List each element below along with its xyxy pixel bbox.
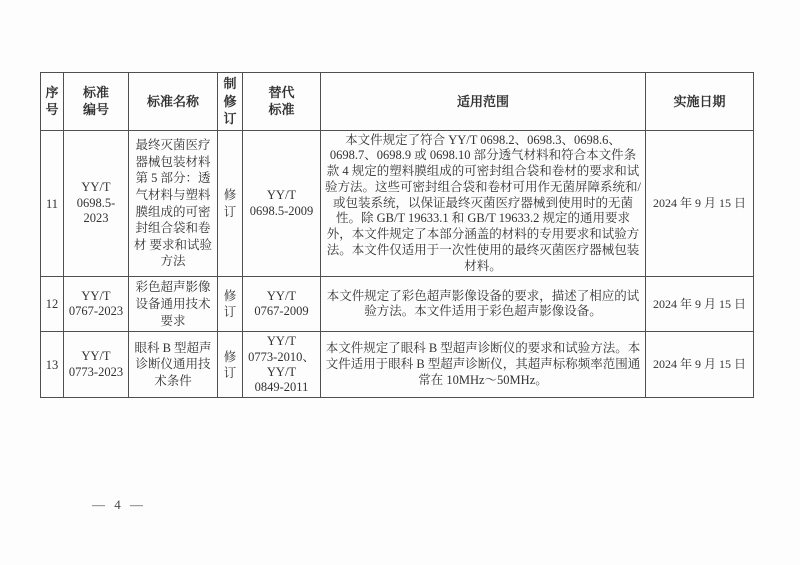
header-cell-index: 序 号 bbox=[41, 73, 64, 131]
cell-scope: 本文件规定了眼科 B 型超声诊断仪的要求和试验方法。本文件适用于眼科 B 型超声… bbox=[321, 332, 646, 398]
table-row: 12 YY/T 0767-2023 彩色超声影像设备通用技术要求 修订 YY/T… bbox=[41, 277, 754, 332]
table-header-row: 序 号 标准 编号 标准名称 制 修 订 替代 标准 适用范围 实施日期 bbox=[41, 73, 754, 131]
header-cell-scope: 适用范围 bbox=[321, 73, 646, 131]
cell-implementation-date: 2024 年 9 月 15 日 bbox=[646, 130, 754, 277]
cell-standard-name: 最终灭菌医疗器械包装材料第 5 部分：透气材料与塑料膜组成的可密封组合袋和卷材 … bbox=[129, 130, 218, 277]
standards-table-container: 序 号 标准 编号 标准名称 制 修 订 替代 标准 适用范围 实施日期 11 … bbox=[40, 72, 753, 398]
header-cell-implementation-date: 实施日期 bbox=[646, 73, 754, 131]
page-number: — 4 — bbox=[92, 497, 146, 513]
cell-revision-type: 修订 bbox=[218, 277, 243, 332]
cell-index: 12 bbox=[41, 277, 64, 332]
cell-revision-type: 修订 bbox=[218, 130, 243, 277]
cell-standard-no: YY/T 0767-2023 bbox=[64, 277, 129, 332]
cell-replaced-standard: YY/T 0767-2009 bbox=[243, 277, 321, 332]
cell-standard-no: YY/T 0698.5-2023 bbox=[64, 130, 129, 277]
cell-standard-name: 眼科 B 型超声诊断仪通用技术条件 bbox=[129, 332, 218, 398]
cell-scope: 本文件规定了彩色超声影像设备的要求，描述了相应的试验方法。本文件适用于彩色超声影… bbox=[321, 277, 646, 332]
cell-scope: 本文件规定了符合 YY/T 0698.2、0698.3、0698.6、0698.… bbox=[321, 130, 646, 277]
cell-index: 13 bbox=[41, 332, 64, 398]
document-page: 序 号 标准 编号 标准名称 制 修 订 替代 标准 适用范围 实施日期 11 … bbox=[0, 0, 800, 565]
cell-index: 11 bbox=[41, 130, 64, 277]
cell-standard-name: 彩色超声影像设备通用技术要求 bbox=[129, 277, 218, 332]
cell-standard-no: YY/T 0773-2023 bbox=[64, 332, 129, 398]
header-cell-replaced-standard: 替代 标准 bbox=[243, 73, 321, 131]
standards-table: 序 号 标准 编号 标准名称 制 修 订 替代 标准 适用范围 实施日期 11 … bbox=[40, 72, 754, 398]
header-cell-standard-no: 标准 编号 bbox=[64, 73, 129, 131]
cell-implementation-date: 2024 年 9 月 15 日 bbox=[646, 332, 754, 398]
header-cell-standard-name: 标准名称 bbox=[129, 73, 218, 131]
header-cell-revision-type: 制 修 订 bbox=[218, 73, 243, 131]
cell-replaced-standard: YY/T 0698.5-2009 bbox=[243, 130, 321, 277]
cell-replaced-standard: YY/T 0773-2010、 YY/T 0849-2011 bbox=[243, 332, 321, 398]
table-row: 11 YY/T 0698.5-2023 最终灭菌医疗器械包装材料第 5 部分：透… bbox=[41, 130, 754, 277]
table-row: 13 YY/T 0773-2023 眼科 B 型超声诊断仪通用技术条件 修订 Y… bbox=[41, 332, 754, 398]
cell-revision-type: 修订 bbox=[218, 332, 243, 398]
cell-implementation-date: 2024 年 9 月 15 日 bbox=[646, 277, 754, 332]
